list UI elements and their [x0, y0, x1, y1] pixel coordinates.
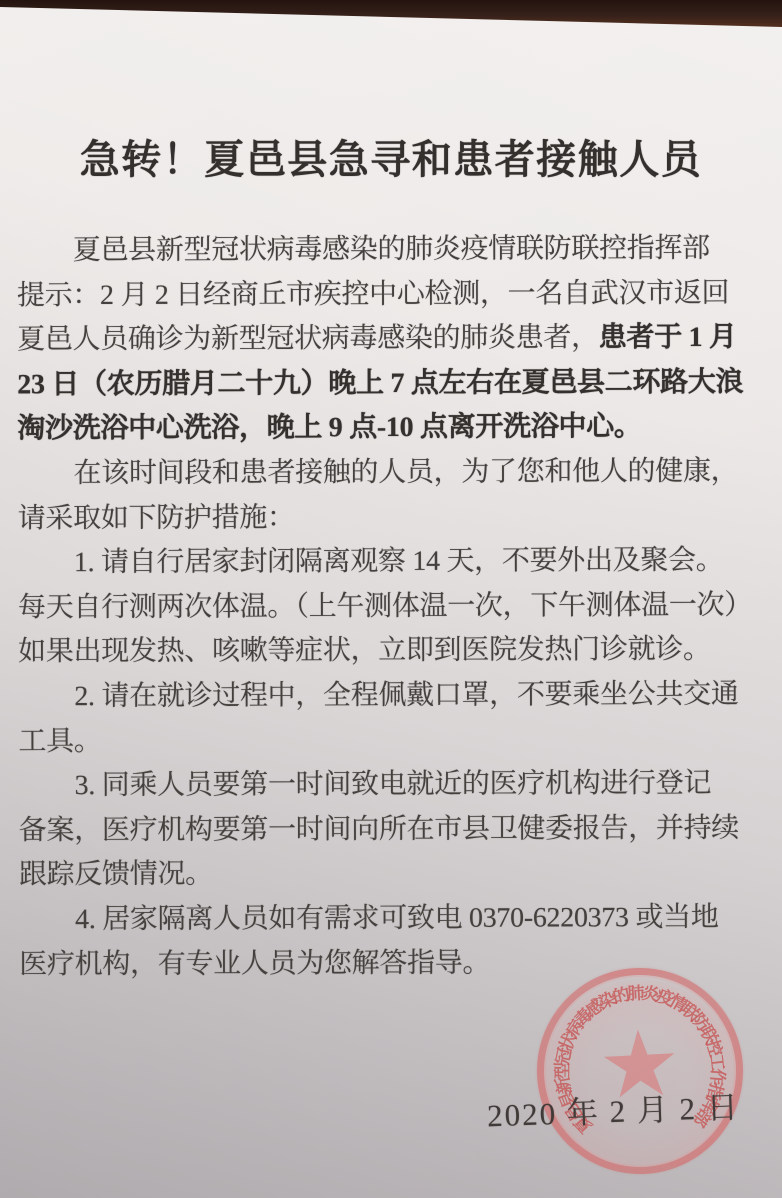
- document-line: 23 日（农历腊月二十九）晚上 7 点左右在夏邑县二环路大浪: [17, 360, 769, 407]
- document-line: 请采取如下防护措施：: [18, 494, 770, 541]
- text-segment: 夏邑县新型冠状病毒感染的肺炎疫情联防联控指挥部: [73, 233, 710, 266]
- text-segment: 如果出现发热、咳嗽等症状，立即到医院发热门诊就诊。: [18, 634, 711, 667]
- text-segment: 医疗机构，有专业人员为您解答指导。: [19, 947, 490, 980]
- document-line: 1. 请自行居家封闭隔离观察 14 天，不要外出及聚会。: [18, 539, 770, 586]
- bold-text-segment: 患者于 1 月: [599, 322, 737, 353]
- document-date: 2020 年 2 月 2 日: [486, 1082, 740, 1136]
- document-line: 夏邑人员确诊为新型冠状病毒感染的肺炎患者，患者于 1 月: [17, 316, 769, 363]
- document-body: 夏邑县新型冠状病毒感染的肺炎疫情联防联控指挥部提示：2 月 2 日经商丘市疾控中…: [17, 227, 772, 988]
- text-segment: 3. 同乘人员要第一时间致电就近的医疗机构进行登记: [75, 768, 712, 801]
- text-segment: 工具。: [18, 726, 101, 757]
- text-segment: 提示：2 月 2 日经商丘市疾控中心检测，一名自武汉市返回: [17, 277, 729, 310]
- official-seal: ★ 夏邑县新型冠状病毒感染的肺炎疫情联防联控工作指挥部: [532, 963, 748, 1179]
- document-line: 在该时间段和患者接触的人员，为了您和他人的健康，: [17, 450, 769, 497]
- document-line: 3. 同乘人员要第一时间致电就近的医疗机构进行登记: [19, 762, 771, 809]
- bold-text-segment: 23 日（农历腊月二十九）晚上 7 点左右在夏邑县二环路大浪: [17, 367, 743, 401]
- document-line: 备案，医疗机构要第一时间向所在市县卫健委报告，并持续: [19, 806, 771, 853]
- document-line: 如果出现发热、咳嗽等症状，立即到医院发热门诊就诊。: [18, 628, 770, 675]
- seal-arc-text: 夏邑县新型冠状病毒感染的肺炎疫情联防联控工作指挥部: [532, 963, 748, 1179]
- text-segment: 4. 居家隔离人员如有需求可致电 0370-6220373 或当地: [75, 902, 719, 935]
- text-segment: 在该时间段和患者接触的人员，为了您和他人的健康，: [73, 456, 738, 489]
- document-line: 淘沙洗浴中心洗浴，晚上 9 点-10 点离开洗浴中心。: [17, 405, 769, 452]
- document-line: 4. 居家隔离人员如有需求可致电 0370-6220373 或当地: [19, 896, 771, 943]
- document-line: 跟踪反馈情况。: [19, 851, 771, 898]
- bold-text-segment: 淘沙洗浴中心洗浴，晚上 9 点-10 点离开洗浴中心。: [17, 412, 641, 445]
- document-photo: 急转！夏邑县急寻和患者接触人员 夏邑县新型冠状病毒感染的肺炎疫情联防联控指挥部提…: [0, 0, 782, 1198]
- document-title: 急转！夏邑县急寻和患者接触人员: [0, 128, 782, 185]
- text-segment: 夏邑人员确诊为新型冠状病毒感染的肺炎患者，: [17, 322, 599, 355]
- document-line: 提示：2 月 2 日经商丘市疾控中心检测，一名自武汉市返回: [17, 271, 769, 318]
- text-segment: 1. 请自行居家封闭隔离观察 14 天，不要外出及聚会。: [74, 545, 724, 578]
- document-line: 夏邑县新型冠状病毒感染的肺炎疫情联防联控指挥部: [17, 227, 769, 274]
- text-segment: 2. 请在就诊过程中，全程佩戴口罩，不要乘坐公共交通: [74, 679, 738, 712]
- text-segment: 每天自行测两次体温。（上午测体温一次，下午测体温一次）: [18, 590, 752, 624]
- text-segment: 备案，医疗机构要第一时间向所在市县卫健委报告，并持续: [19, 813, 739, 847]
- text-segment: 跟踪反馈情况。: [19, 859, 213, 891]
- table-surface: [0, 0, 782, 27]
- document-line: 工具。: [18, 717, 770, 764]
- text-segment: 请采取如下防护措施：: [18, 502, 295, 534]
- document-line: 每天自行测两次体温。（上午测体温一次，下午测体温一次）: [18, 583, 770, 630]
- document-line: 2. 请在就诊过程中，全程佩戴口罩，不要乘坐公共交通: [18, 673, 770, 720]
